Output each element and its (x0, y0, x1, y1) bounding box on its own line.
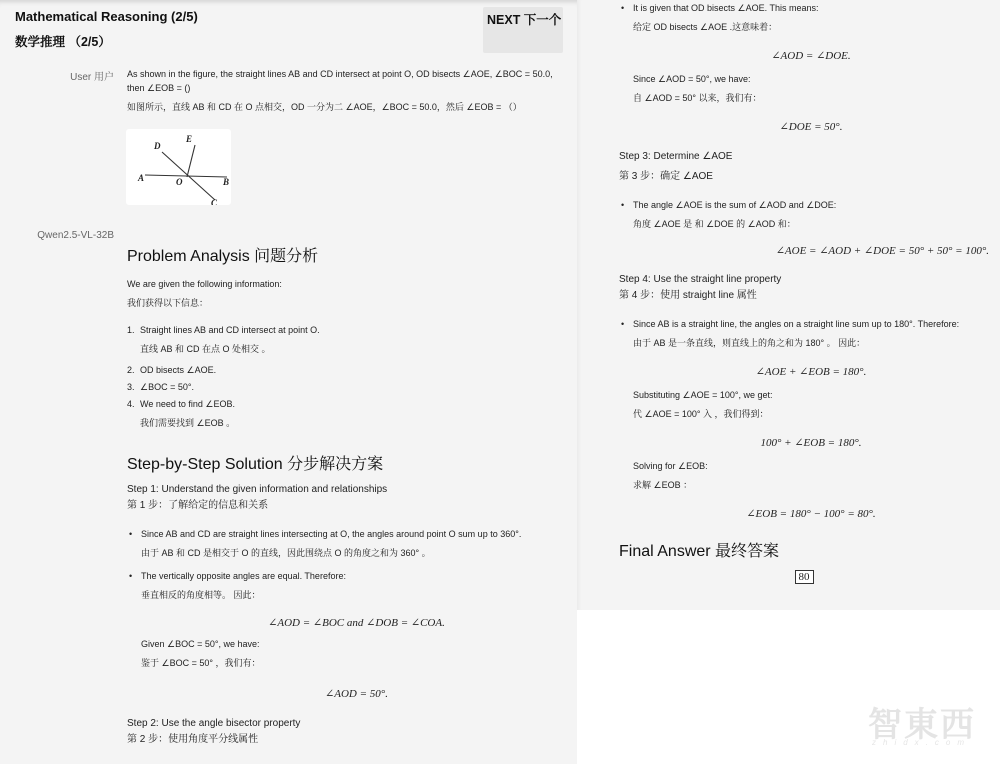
right-panel: It is given that OD bisects ∠AOE. This m… (577, 0, 1000, 610)
equation: ∠AOD = 50°. (141, 687, 572, 701)
step2-title-en: Step 2: Use the angle bisector property (127, 716, 572, 732)
step1-title-zh: 第 1 步：了解给定的信息和关系 (127, 498, 572, 514)
label-o: O (176, 177, 183, 187)
equation: ∠AOE + ∠EOB = 180°. (633, 365, 989, 379)
step2-title-zh: 第 2 步：使用角度平分线属性 (127, 732, 572, 748)
question-en: As shown in the figure, the straight lin… (127, 67, 572, 95)
assistant-response-left: Problem Analysis 问题分析 We are given the f… (127, 243, 572, 748)
intersecting-lines-diagram-icon: D E A O B C (126, 129, 231, 205)
final-answer: 80 (619, 570, 989, 584)
equation: ∠AOD = ∠BOC and ∠DOB = ∠COA. (141, 616, 572, 630)
equation: ∠EOB = 180° − 100° = 80°. (633, 507, 989, 521)
equation: ∠AOE = ∠AOD + ∠DOE = 50° + 50° = 100°. (633, 244, 989, 258)
intro-en: We are given the following information: (127, 277, 572, 291)
assistant-response-right: It is given that OD bisects ∠AOE. This m… (619, 1, 989, 584)
list-item: 2. OD bisects ∠AOE. (140, 363, 572, 377)
intro-zh: 我们获得以下信息： (127, 296, 572, 310)
step4-bullet: Since AB is a straight line, the angles … (620, 317, 989, 521)
equation: 100° + ∠EOB = 180°. (633, 436, 989, 450)
step4-title-en: Step 4: Use the straight line property (619, 272, 989, 288)
assistant-role-label: Qwen2.5-VL-32B (20, 230, 114, 241)
label-d: D (153, 141, 161, 151)
step1-bullet-2: The vertically opposite angles are equal… (128, 569, 572, 701)
given-list: 1. Straight lines AB and CD intersect at… (127, 323, 572, 430)
equation: ∠AOD = ∠DOE. (633, 49, 989, 63)
step1-title-en: Step 1: Understand the given information… (127, 482, 572, 498)
list-item-zh: 直线 AB 和 CD 在点 O 处相交 。 (140, 342, 572, 356)
final-answer-heading: Final Answer 最终答案 (619, 538, 989, 561)
step3-title-zh: 第 3 步：确定 ∠AOE (619, 169, 989, 185)
step4-title-zh: 第 4 步：使用 straight line 属性 (619, 288, 989, 304)
list-item-zh: 我们需要找到 ∠EOB 。 (140, 416, 572, 430)
watermark-url: zhidx.com (872, 738, 971, 747)
step3-title-en: Step 3: Determine ∠AOE (619, 149, 989, 165)
list-item: 1. Straight lines AB and CD intersect at… (140, 323, 572, 337)
label-e: E (185, 134, 192, 144)
question-zh: 如图所示，直线 AB 和 CD 在 O 点相交，OD 一分为二 ∠AOE，∠BO… (127, 100, 572, 114)
label-b: B (222, 177, 229, 187)
user-question: As shown in the figure, the straight lin… (127, 67, 572, 114)
step2-bullet: It is given that OD bisects ∠AOE. This m… (620, 1, 989, 134)
next-button[interactable]: NEXT 下一个 (483, 7, 563, 53)
list-item: 4. We need to find ∠EOB. (140, 397, 572, 411)
step3-bullet: The angle ∠AOE is the sum of ∠AOD and ∠D… (620, 198, 989, 258)
equation: ∠DOE = 50°. (633, 120, 989, 134)
list-item: 3. ∠BOC = 50°. (140, 380, 572, 394)
geometry-figure: D E A O B C (126, 129, 231, 205)
task-subtitle: 数学推理 （2/5） (15, 32, 111, 50)
label-c: C (211, 198, 218, 205)
final-answer-box: 80 (795, 570, 814, 584)
left-panel: Mathematical Reasoning (2/5) 数学推理 （2/5） … (0, 0, 577, 764)
user-role-label: User 用户 (40, 68, 114, 83)
solution-heading: Step-by-Step Solution 分步解决方案 (127, 451, 572, 474)
problem-analysis-heading: Problem Analysis 问题分析 (127, 243, 572, 266)
task-title: Mathematical Reasoning (2/5) (15, 9, 198, 24)
step1-bullet-1: Since AB and CD are straight lines inter… (128, 527, 572, 560)
label-a: A (137, 173, 144, 183)
